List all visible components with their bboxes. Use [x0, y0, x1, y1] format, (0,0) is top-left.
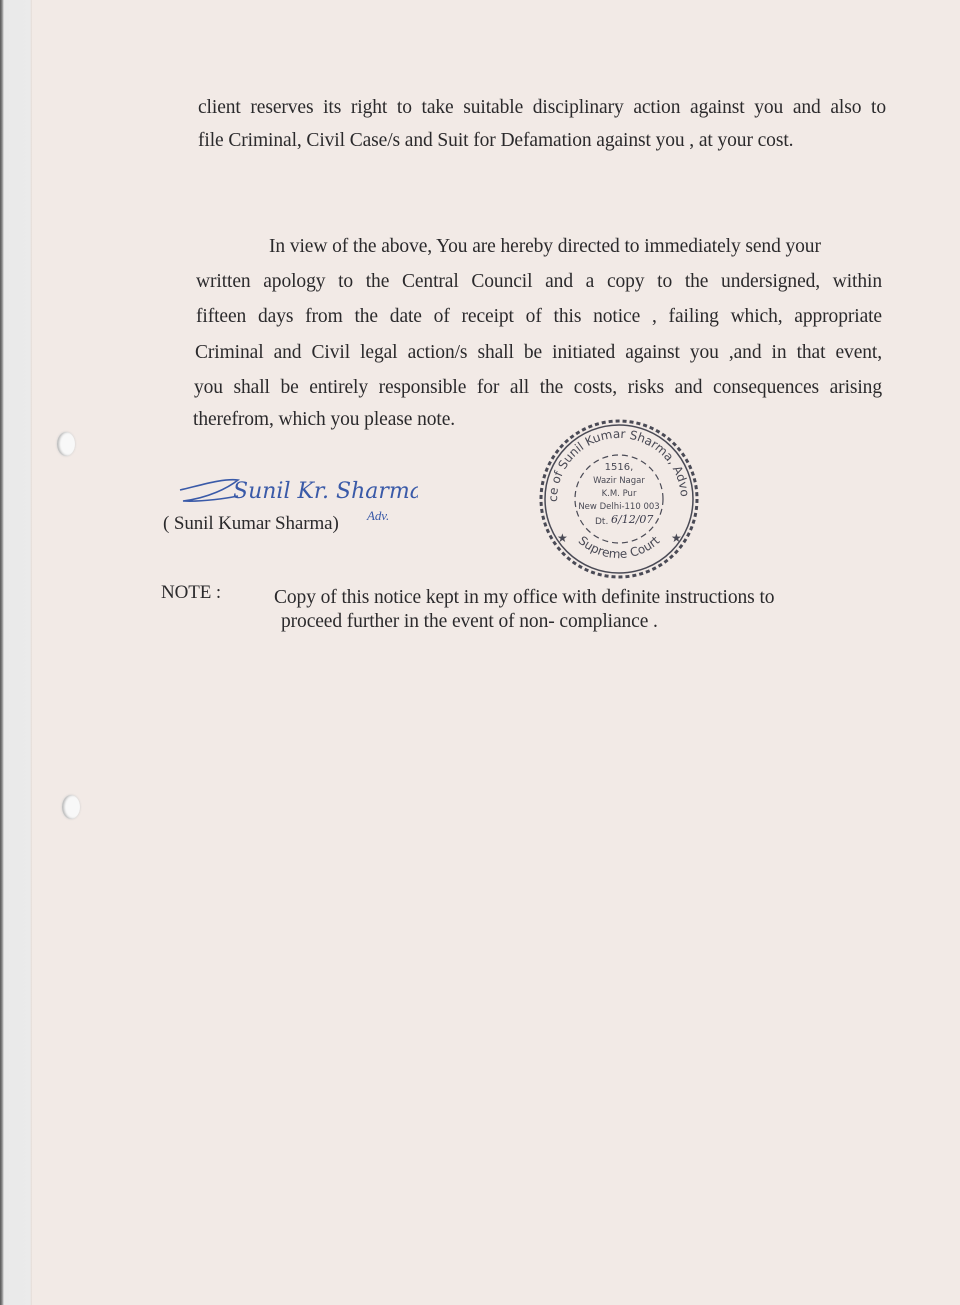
scan-left-edge	[0, 0, 32, 1305]
handwritten-signature: Sunil Kr. Sharma	[178, 468, 418, 508]
punch-hole	[57, 432, 75, 456]
svg-text:6/12/07: 6/12/07	[611, 513, 653, 526]
svg-text:★: ★	[557, 531, 568, 545]
paragraph-2-line-2: written apology to the Central Council a…	[196, 271, 882, 293]
signatory-name: ( Sunil Kumar Sharma)	[163, 513, 339, 535]
paragraph-2-line-1: In view of the above, You are hereby dir…	[269, 236, 821, 258]
paragraph-1-line-2: file Criminal, Civil Case/s and Suit for…	[198, 130, 793, 152]
svg-text:K.M. Pur: K.M. Pur	[602, 489, 637, 499]
punch-hole	[62, 795, 80, 819]
paragraph-2-line-6: therefrom, which you please note.	[193, 409, 455, 431]
document-page	[32, 0, 960, 1305]
svg-text:Dt.: Dt.	[595, 517, 608, 527]
note-line-2: proceed further in the event of non- com…	[281, 611, 658, 633]
note-label: NOTE :	[161, 582, 221, 604]
svg-text:1516,: 1516,	[605, 462, 634, 473]
advocate-office-stamp: Office of Sunil Kumar Sharma, Advocate S…	[535, 418, 703, 580]
signatory-suffix: Adv.	[367, 508, 389, 524]
svg-text:Supreme Court: Supreme Court	[576, 533, 663, 561]
paragraph-2-line-5: you shall be entirely responsible for al…	[194, 377, 882, 399]
svg-text:★: ★	[671, 531, 682, 545]
svg-text:Wazir Nagar: Wazir Nagar	[593, 476, 645, 486]
note-line-1: Copy of this notice kept in my office wi…	[274, 587, 774, 609]
paragraph-1-line-1: client reserves its right to take suitab…	[198, 97, 886, 119]
paragraph-2-line-3: fifteen days from the date of receipt of…	[196, 306, 882, 328]
svg-text:Sunil Kr. Sharma: Sunil Kr. Sharma	[233, 479, 418, 504]
paragraph-2-line-4: Criminal and Civil legal action/s shall …	[195, 342, 882, 364]
svg-text:New Delhi-110 003: New Delhi-110 003	[578, 502, 659, 512]
